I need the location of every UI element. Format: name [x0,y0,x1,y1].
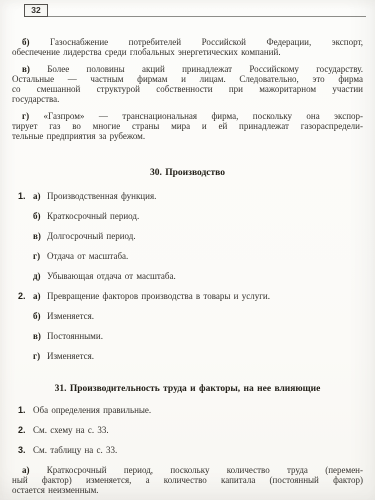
book-page: 32 б) Газоснабжение потребителей Российс… [0,0,375,500]
paragraph-line: а) Краткосрочный период, поскольку колич… [12,465,363,475]
list-item: 1.а)Производственная функция. [33,191,363,201]
item-letter: а) [33,291,47,301]
list-item: д)Убывающая отдача от масштаба. [33,271,363,281]
paragraph: в) Более половины акций принадлежат Росс… [12,64,363,104]
item-text: Производственная функция. [47,191,156,201]
line-text: «Газпром» — транснациональная фирма, пос… [44,111,363,121]
item-number: 3. [18,445,32,455]
paragraph-line: тельные предприятия за рубежом. [12,131,363,141]
paragraph-line: Остальные — частным фирмам и лицам. След… [12,74,363,84]
page-number-box: 32 [24,4,48,17]
paragraph-line: остается неизменным. [12,485,363,495]
section-31-heading: 31. Производительность труда и факторы, … [12,383,363,395]
list-item: 3.См. таблицу на с. 33. [33,445,363,455]
item-letter: в) [33,331,47,341]
list-item: б)Изменяется. [33,311,363,321]
item-text: Краткосрочный период. [47,211,139,221]
paragraph-line: обеспечение лидерства среди глобальных э… [12,47,363,57]
item-text: Изменяется. [47,311,94,321]
paragraph-marker: б) [22,37,30,47]
list-item: г)Отдача от масштаба. [33,251,363,261]
paragraph-marker: г) [22,111,29,121]
paragraph: а) Краткосрочный период, поскольку колич… [12,465,363,495]
item-number: 1. [18,405,32,415]
list-item: в)Долгосрочный период. [33,231,363,241]
item-letter: а) [33,191,47,201]
item-text: Отдача от масштаба. [47,251,128,261]
paragraph-line: тирует газ во многие страны мира и ей пр… [12,121,363,131]
paragraph-line: г) «Газпром» — транснациональная фирма, … [12,111,363,121]
item-letter: г) [33,251,47,261]
item-number: 2. [18,291,32,301]
paragraph: г) «Газпром» — транснациональная фирма, … [12,111,363,141]
item-text: Долгосрочный период. [47,231,136,241]
paragraph-line: ный фактор) изменяется, а количество кап… [12,475,363,485]
line-text: Краткосрочный период, поскольку количест… [47,465,363,475]
paragraph-line: б) Газоснабжение потребителей Российской… [12,37,363,47]
paragraph: б) Газоснабжение потребителей Российской… [12,37,363,57]
list-item: 2.См. схему на с. 33. [33,425,363,435]
section-30-heading: 30. Производство [12,167,363,179]
paragraph-line: государства. [12,94,363,104]
list-item: б)Краткосрочный период. [33,211,363,221]
list-item: г)Изменяется. [33,351,363,361]
item-text: Постоянными. [47,331,103,341]
line-text: Более половины акций принадлежат Российс… [47,64,363,74]
paragraph-line: в) Более половины акций принадлежат Росс… [12,64,363,74]
item-text: Изменяется. [47,351,94,361]
paragraph-marker: а) [22,465,30,475]
item-number: 2. [18,425,32,435]
item-letter: г) [33,351,47,361]
item-text: Убывающая отдача от масштаба. [47,271,176,281]
item-letter: д) [33,271,47,281]
item-letter: б) [33,311,47,321]
item-letter: б) [33,211,47,221]
page-body: б) Газоснабжение потребителей Российской… [12,17,363,500]
list-item: 1.Оба определения правильные. [33,405,363,415]
item-letter: в) [33,231,47,241]
page-header: 32 [24,4,366,17]
paragraph-line: со смешанной структурой собственности пр… [12,84,363,94]
item-text: См. схему на с. 33. [33,425,109,435]
paragraph-marker: в) [22,64,30,74]
list-item: в)Постоянными. [33,331,363,341]
item-text: Оба определения правильные. [33,405,151,415]
item-text: Превращение факторов производства в това… [47,291,270,301]
page-number: 32 [31,5,40,15]
item-number: 1. [18,191,32,201]
list-item: 2.а)Превращение факторов производства в … [33,291,363,301]
line-text: Газоснабжение потребителей Российской Фе… [50,37,363,47]
item-text: См. таблицу на с. 33. [33,445,117,455]
